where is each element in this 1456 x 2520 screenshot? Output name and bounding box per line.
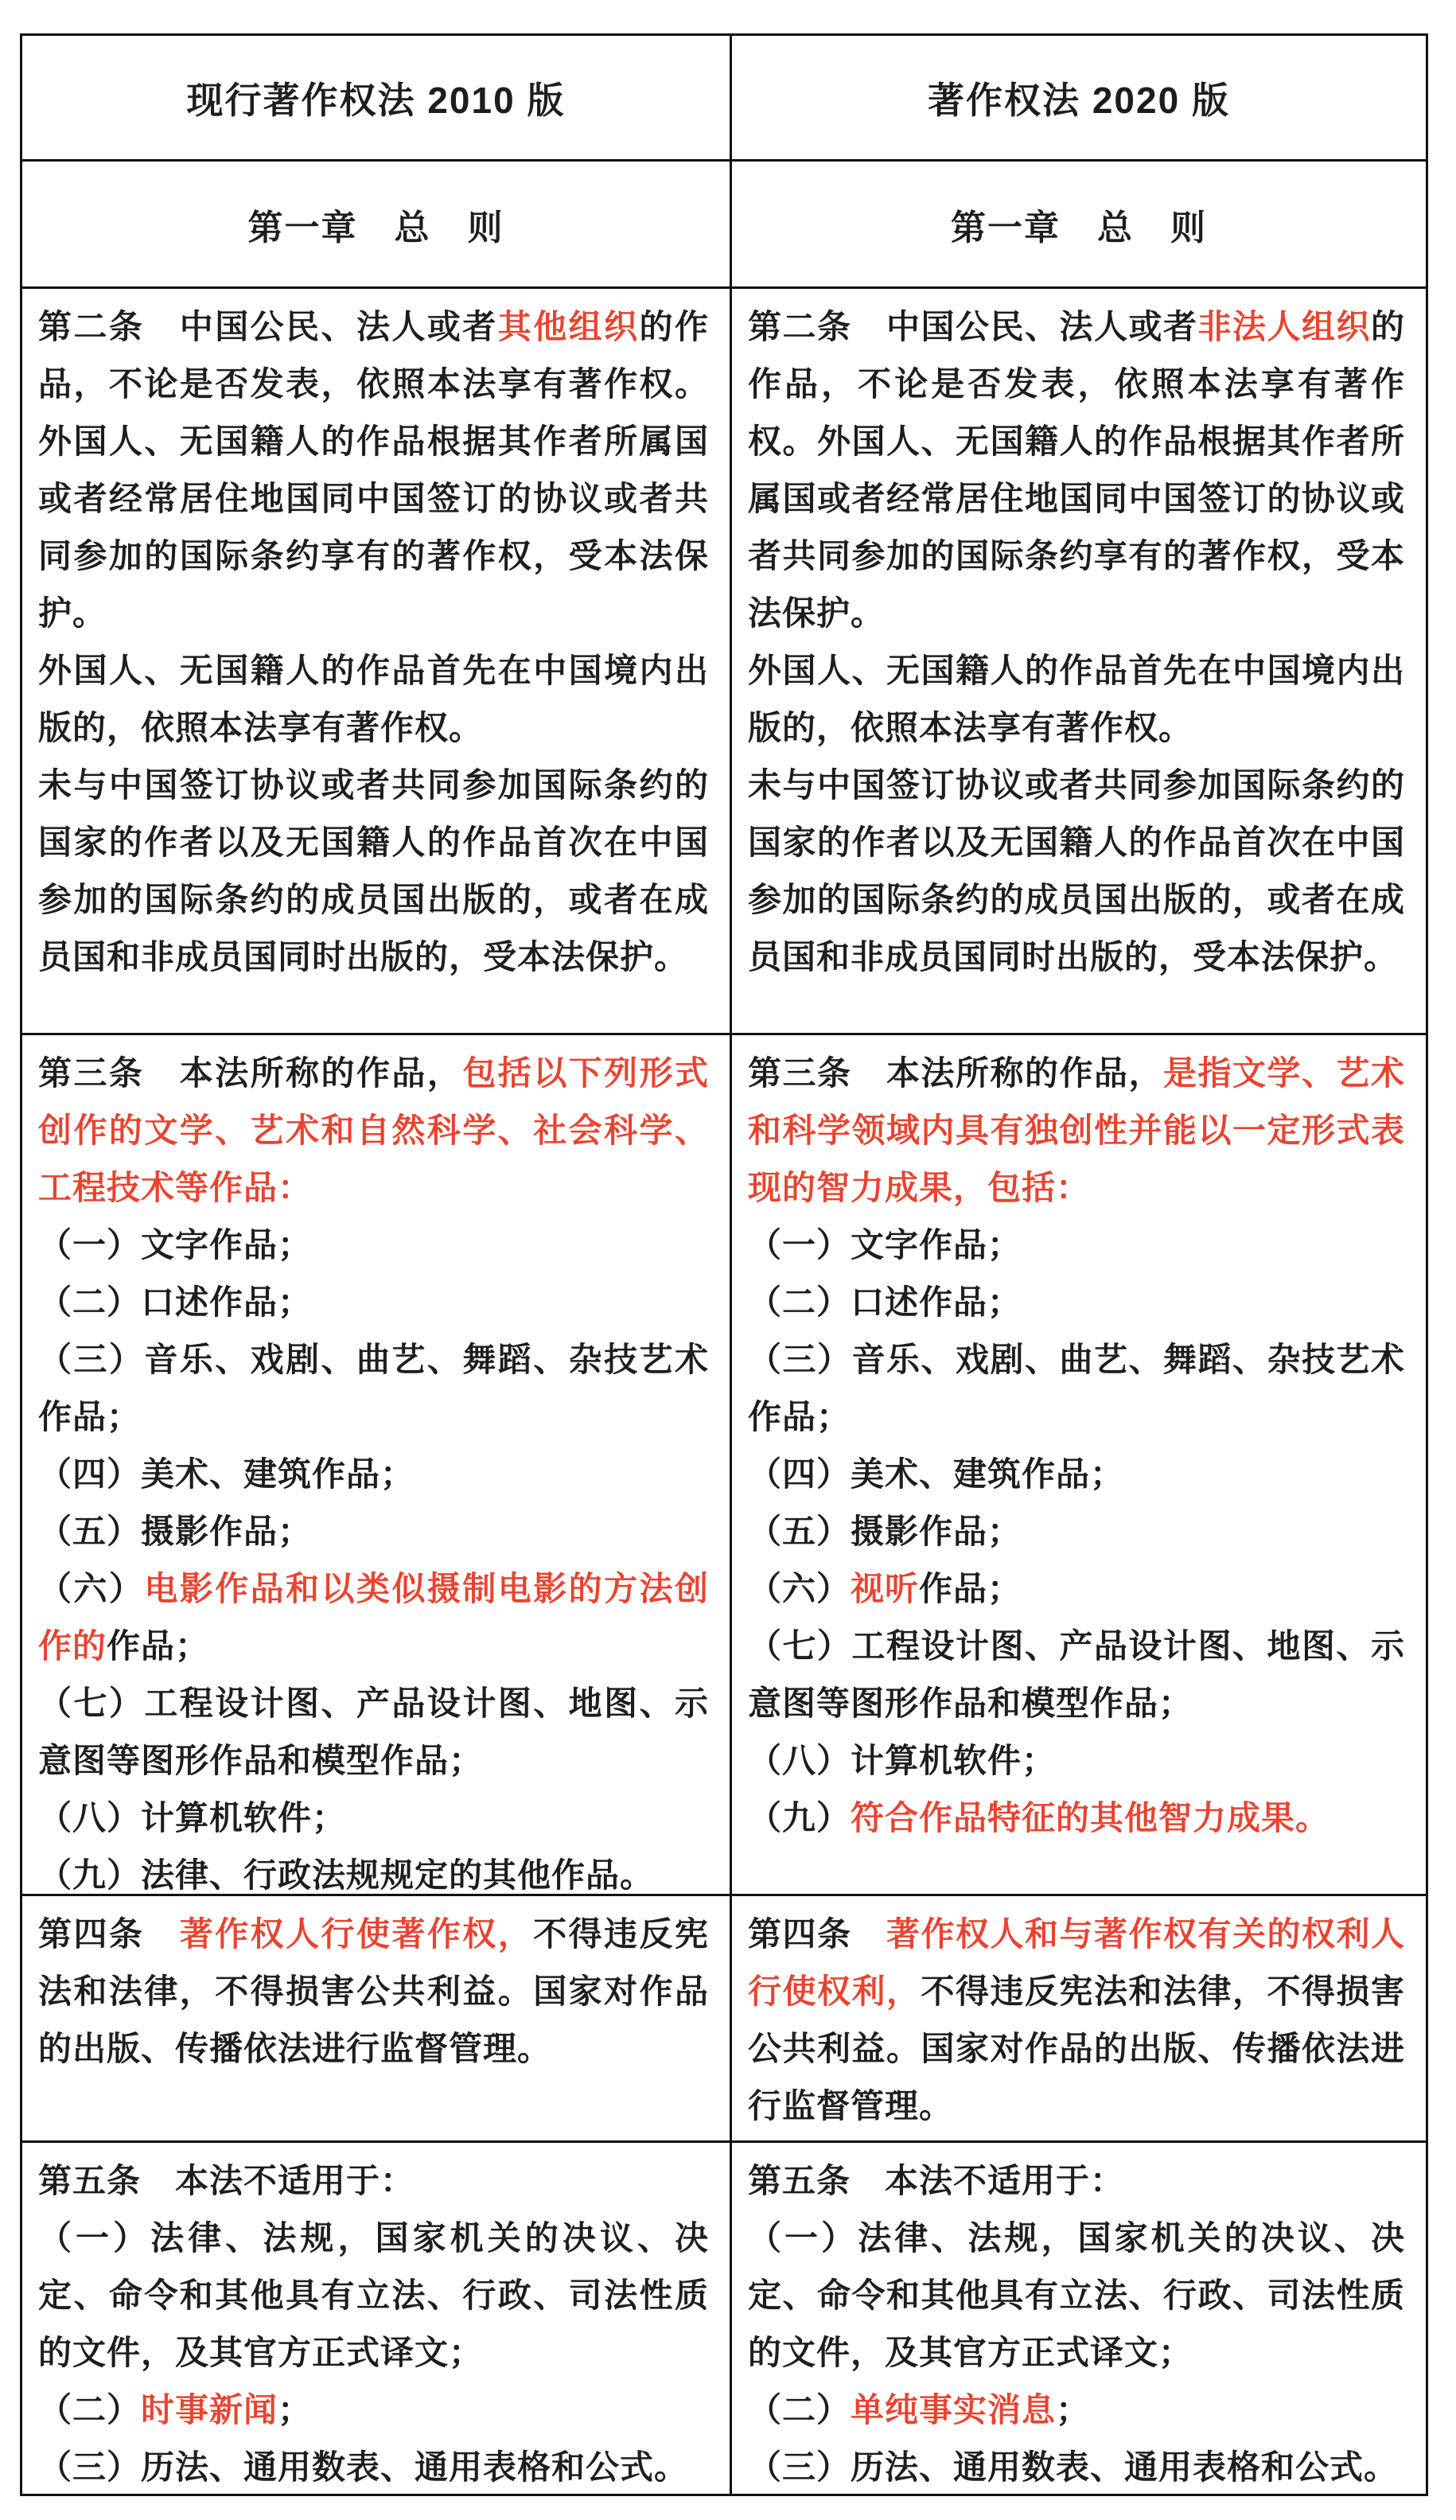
text-run: 中国公民、法人或者 [852,308,1198,345]
text-run: （七）工程设计图、产品设计图、地图、示意图等图形作品和模型作品； [38,1685,709,1779]
paragraph: （六）视听作品； [748,1560,1405,1618]
paragraph: （二）时事新闻； [38,2382,709,2439]
text-run: 本法所称的作品， [144,1054,462,1092]
highlighted-revision-text: 著作权人行使著作权， [180,1915,533,1953]
column-header-2020: 著作权法 2020 版 [730,36,1426,159]
paragraph: （三）音乐、戏剧、曲艺、舞蹈、杂技艺术作品； [38,1331,709,1446]
paragraph: （一）文字作品； [748,1217,1405,1274]
paragraph: （五）摄影作品； [38,1503,709,1560]
text-run: ； [1056,2391,1090,2428]
text-run: ； [278,2391,312,2428]
paragraph: 第四条 著作权人行使著作权，不得违反宪法和法律，不得损害公共利益。国家对作品的出… [38,1906,709,2078]
paragraph: （一）法律、法规，国家机关的决议、决定、命令和其他具有立法、行政、司法性质的文件… [38,2210,709,2382]
text-run: （三）历法、通用数表、通用表格和公式。 [748,2448,1398,2486]
text-run: （三）历法、通用数表、通用表格和公式。 [38,2448,688,2486]
text-run: 中国公民、法人或者 [144,308,497,345]
text-run: 第三条 [748,1054,852,1092]
highlighted-revision-text: 时事新闻 [141,2391,278,2428]
text-run: （三）音乐、戏剧、曲艺、舞蹈、杂技艺术作品； [748,1341,1405,1435]
highlighted-revision-text: 非法人组织 [1197,308,1370,345]
text-run: 第二条 [38,308,144,345]
article-4-cell-2020: 第四条 著作权人和与著作权有关的权利人行使权利，不得违反宪法和法律，不得损害公共… [730,1894,1426,2140]
text-run: 外国人、无国籍人的作品首先在中国境内出版的，依照本法享有著作权。 [38,652,709,746]
paragraph: 外国人、无国籍人的作品首先在中国境内出版的，依照本法享有著作权。 [748,642,1405,757]
paragraph: 第五条 本法不适用于： [38,2152,709,2210]
text-run: 的作品，不论是否发表，依照本法享有著作权。外国人、无国籍人的作品根据其作者所属国… [748,308,1405,632]
paragraph: （二）单纯事实消息； [748,2382,1405,2439]
text-run: 第五条 [38,2162,141,2199]
paragraph: （二）口述作品； [38,1274,709,1331]
text-run: （二） [38,2391,141,2428]
chapter-title-2010: 第一章 总 则 [22,159,730,286]
text-run: 未与中国签订协议或者共同参加国际条约的国家的作者以及无国籍人的作品首次在中国参加… [748,766,1405,976]
highlighted-revision-text: 视听 [851,1570,919,1607]
article-4-cell-2010: 第四条 著作权人行使著作权，不得违反宪法和法律，不得损害公共利益。国家对作品的出… [22,1894,730,2140]
text-run: 第四条 [38,1915,144,1953]
text-run: （八）计算机软件； [38,1799,346,1836]
text-run [144,1915,179,1953]
paragraph: 未与中国签订协议或者共同参加国际条约的国家的作者以及无国籍人的作品首次在中国参加… [38,757,709,986]
text-run [852,1915,887,1953]
column-header-2010: 现行著作权法 2010 版 [22,36,730,159]
paragraph: （三）音乐、戏剧、曲艺、舞蹈、杂技艺术作品； [748,1331,1405,1446]
paragraph: （八）计算机软件； [38,1790,709,1847]
text-run: （九）法律、行政法规规定的其他作品。 [38,1856,654,1894]
paragraph: （三）历法、通用数表、通用表格和公式。 [748,2439,1405,2494]
paragraph: 第二条 中国公民、法人或者非法人组织的作品，不论是否发表，依照本法享有著作权。外… [748,298,1405,642]
text-run: （一）法律、法规，国家机关的决议、决定、命令和其他具有立法、行政、司法性质的文件… [748,2219,1405,2371]
paragraph: 第三条 本法所称的作品，包括以下列形式创作的文学、艺术和自然科学、社会科学、工程… [38,1045,709,1217]
text-run: 第五条 [748,2162,851,2199]
text-run: （四）美术、建筑作品； [748,1455,1124,1493]
paragraph: （五）摄影作品； [748,1503,1405,1560]
paragraph: 第三条 本法所称的作品，是指文学、艺术和科学领域内具有独创性并能以一定形式表现的… [748,1045,1405,1217]
text-run: 本法所称的作品， [852,1054,1163,1092]
text-run: （三）音乐、戏剧、曲艺、舞蹈、杂技艺术作品； [38,1341,709,1435]
text-run: （一）法律、法规，国家机关的决议、决定、命令和其他具有立法、行政、司法性质的文件… [38,2219,709,2371]
highlighted-revision-text: 符合作品特征的其他智力成果。 [851,1799,1329,1836]
paragraph: （三）历法、通用数表、通用表格和公式。 [38,2439,709,2494]
law-comparison-page: 现行著作权法 2010 版 著作权法 2020 版 第一章 总 则 第一章 总 … [0,0,1456,2520]
paragraph: 外国人、无国籍人的作品首先在中国境内出版的，依照本法享有著作权。 [38,642,709,757]
paragraph: 未与中国签订协议或者共同参加国际条约的国家的作者以及无国籍人的作品首次在中国参加… [748,757,1405,986]
text-run: 的作品，不论是否发表，依照本法享有著作权。外国人、无国籍人的作品根据其作者所属国… [38,308,709,632]
text-run: （五）摄影作品； [38,1513,312,1550]
paragraph: 第四条 著作权人和与著作权有关的权利人行使权利，不得违反宪法和法律，不得损害公共… [748,1906,1405,2135]
paragraph: （一）法律、法规，国家机关的决议、决定、命令和其他具有立法、行政、司法性质的文件… [748,2210,1405,2382]
article-3-cell-2010: 第三条 本法所称的作品，包括以下列形式创作的文学、艺术和自然科学、社会科学、工程… [22,1033,730,1894]
article-3-cell-2020: 第三条 本法所称的作品，是指文学、艺术和科学领域内具有独创性并能以一定形式表现的… [730,1033,1426,1894]
text-run: （二）口述作品； [748,1283,1022,1321]
text-run: 第二条 [748,308,852,345]
article-2-cell-2020: 第二条 中国公民、法人或者非法人组织的作品，不论是否发表，依照本法享有著作权。外… [730,286,1426,1033]
text-run: （九） [748,1799,851,1836]
paragraph: （八）计算机软件； [748,1732,1405,1790]
text-run: 本法不适用于： [141,2162,415,2199]
article-5-cell-2020: 第五条 本法不适用于：（一）法律、法规，国家机关的决议、决定、命令和其他具有立法… [730,2140,1426,2494]
article-5-cell-2010: 第五条 本法不适用于：（一）法律、法规，国家机关的决议、决定、命令和其他具有立法… [22,2140,730,2494]
text-run: （四）美术、建筑作品； [38,1455,415,1493]
highlighted-revision-text: 其他组织 [498,308,640,345]
paragraph: （九）符合作品特征的其他智力成果。 [748,1790,1405,1847]
text-run: （六） [38,1570,144,1607]
text-run: （二）口述作品； [38,1283,312,1321]
article-2-cell-2010: 第二条 中国公民、法人或者其他组织的作品，不论是否发表，依照本法享有著作权。外国… [22,286,730,1033]
text-run: （七）工程设计图、产品设计图、地图、示意图等图形作品和模型作品； [748,1627,1405,1722]
text-run: 本法不适用于： [851,2162,1124,2199]
text-run: （一）文字作品； [748,1226,1022,1264]
paragraph: （四）美术、建筑作品； [748,1446,1405,1503]
paragraph: （二）口述作品； [748,1274,1405,1331]
paragraph: 第五条 本法不适用于： [748,2152,1405,2210]
paragraph: （六）电影作品和以类似摄制电影的方法创作的作品； [38,1560,709,1675]
paragraph: 第二条 中国公民、法人或者其他组织的作品，不论是否发表，依照本法享有著作权。外国… [38,298,709,642]
text-run: 作品； [919,1570,1022,1607]
text-run: 未与中国签订协议或者共同参加国际条约的国家的作者以及无国籍人的作品首次在中国参加… [38,766,709,976]
text-run: （八）计算机软件； [748,1742,1056,1779]
text-run: （六） [748,1570,851,1607]
paragraph: （四）美术、建筑作品； [38,1446,709,1503]
text-run: 作品； [107,1627,209,1665]
paragraph: （九）法律、行政法规规定的其他作品。 [38,1847,709,1894]
text-run: （五）摄影作品； [748,1513,1022,1550]
text-run: 第三条 [38,1054,144,1092]
text-run: 第四条 [748,1915,852,1953]
text-run: 外国人、无国籍人的作品首先在中国境内出版的，依照本法享有著作权。 [748,652,1405,746]
highlighted-revision-text: 单纯事实消息 [851,2391,1056,2428]
paragraph: （七）工程设计图、产品设计图、地图、示意图等图形作品和模型作品； [748,1618,1405,1732]
paragraph: （一）文字作品； [38,1217,709,1274]
text-run: （二） [748,2391,851,2428]
chapter-title-2020: 第一章 总 则 [730,159,1426,286]
paragraph: （七）工程设计图、产品设计图、地图、示意图等图形作品和模型作品； [38,1675,709,1790]
text-run: （一）文字作品； [38,1226,312,1264]
copyright-law-comparison-table: 现行著作权法 2010 版 著作权法 2020 版 第一章 总 则 第一章 总 … [20,33,1428,2496]
